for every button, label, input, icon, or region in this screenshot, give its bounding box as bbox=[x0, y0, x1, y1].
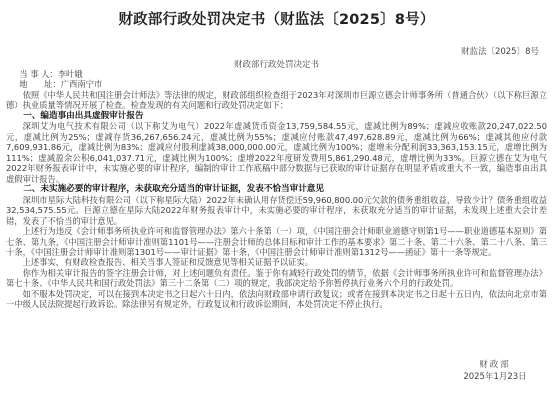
penalty-paragraph: 你作为相关审计报告的签字注册会计师，对上述问题负有责任。鉴于你有减轻行政处罚的情… bbox=[6, 268, 547, 289]
violation-paragraph: 上述行为违反《会计师事务所执业许可和监督管理办法》第六十条第（一）项，《中国注册… bbox=[6, 226, 547, 257]
intro-paragraph: 依照《中华人民共和国注册会计师法》等法律的规定，财政部组织检查组于2023年对深… bbox=[6, 90, 547, 111]
section-2-paragraph: 深圳市星际大陆科技有限公司（以下称星际大陆）2022年未确认用存货偿还59,96… bbox=[6, 195, 547, 226]
party-line: 当 事 人：李叶娥 bbox=[6, 69, 547, 79]
document-body: 当 事 人：李叶娥 地 址：广西南宁市 依照《中华人民共和国注册会计师法》等法律… bbox=[6, 69, 547, 310]
document-title: 财政部行政处罚决定书（财监法〔2025〕8号） bbox=[0, 8, 553, 29]
address-line: 地 址：广西南宁市 bbox=[6, 79, 547, 89]
section-2-heading: 二、未实施必要的审计程序，未获取充分适当的审计证据，发表不恰当审计意见 bbox=[6, 184, 547, 195]
signature-organization: 财政部 bbox=[440, 358, 550, 370]
document-number: 财监法〔2025〕8号 bbox=[461, 45, 539, 57]
section-1-heading: 一、编造事由出具虚假审计报告 bbox=[6, 111, 547, 122]
appeal-paragraph: 如不服本处罚决定，可以在接到本决定书之日起六十日内，依法向财政部申请行政复议；或… bbox=[6, 289, 547, 310]
section-1-paragraph: 深圳艾为电气技术有限公司（以下称艾为电气）2022年虚减货币资金13,759,5… bbox=[6, 121, 547, 184]
evidence-paragraph: 上述事实，有财政检查报告、相关当事人签证和反馈意见等相关证据予以证实。 bbox=[6, 257, 547, 267]
signature-date: 2025年1月23日 bbox=[440, 370, 550, 382]
